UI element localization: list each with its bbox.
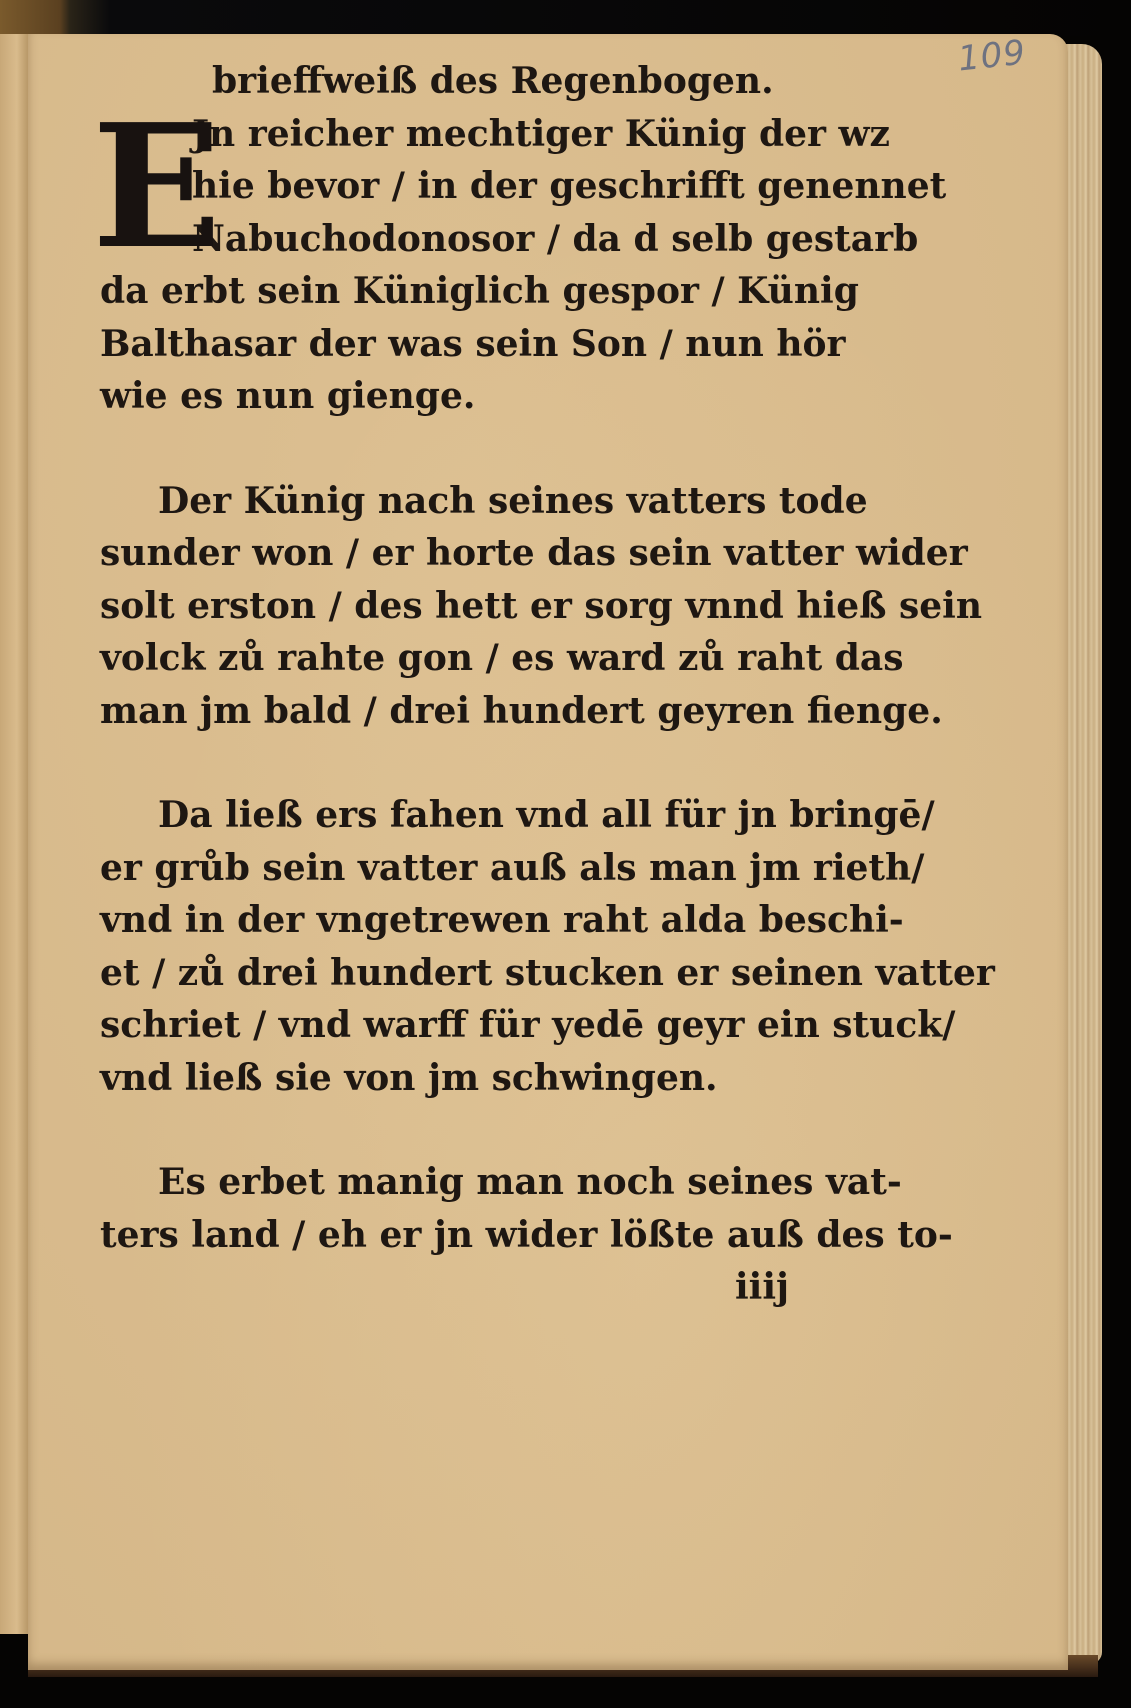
text-line: ters land / eh er jn wider lößte auß des…	[100, 1209, 910, 1262]
text-line: Balthasar der was sein Son / nun hör	[100, 318, 910, 371]
catchword-signature: iiij	[100, 1261, 910, 1314]
left-page-edge	[0, 34, 30, 1634]
text-line: Der Künig nach seines vatters tode	[100, 475, 910, 528]
text-line: Es erbet manig man noch seines vat-	[100, 1156, 910, 1209]
text-line: vnd in der vngetrewen raht alda beschi-	[100, 894, 910, 947]
text-line: wie es nun gienge.	[100, 370, 910, 423]
paragraph-4: Es erbet manig man noch seines vat- ters…	[100, 1156, 910, 1261]
folio-number: 109	[956, 33, 1028, 80]
paragraph-3: Da ließ ers fahen vnd all für jn bringē/…	[100, 789, 910, 1104]
text-line: vnd ließ sie von jm schwingen.	[100, 1052, 910, 1105]
text-line: man jm bald / drei hundert geyren fienge…	[100, 685, 910, 738]
text-line: er grůb sein vatter auß als man jm rieth…	[100, 842, 910, 895]
text-line: sunder won / er horte das sein vatter wi…	[100, 527, 910, 580]
scan-background-top	[0, 0, 1131, 36]
drop-cap: E	[92, 102, 222, 272]
text-line: volck zů rahte gon / es ward zů raht das	[100, 632, 910, 685]
text-line: schriet / vnd warff für yedē geyr ein st…	[100, 999, 910, 1052]
paragraph-2: Der Künig nach seines vatters tode sunde…	[100, 475, 910, 738]
text-block: brieffweiß des Regenbogen. E Jn reicher …	[100, 55, 910, 1314]
paragraph-1: E Jn reicher mechtiger Künig der wz hie …	[100, 108, 910, 423]
text-line: solt erston / des hett er sorg vnnd hieß…	[100, 580, 910, 633]
text-line: et / zů drei hundert stucken er seinen v…	[100, 947, 910, 1000]
text-line: Da ließ ers fahen vnd all für jn bringē/	[100, 789, 910, 842]
